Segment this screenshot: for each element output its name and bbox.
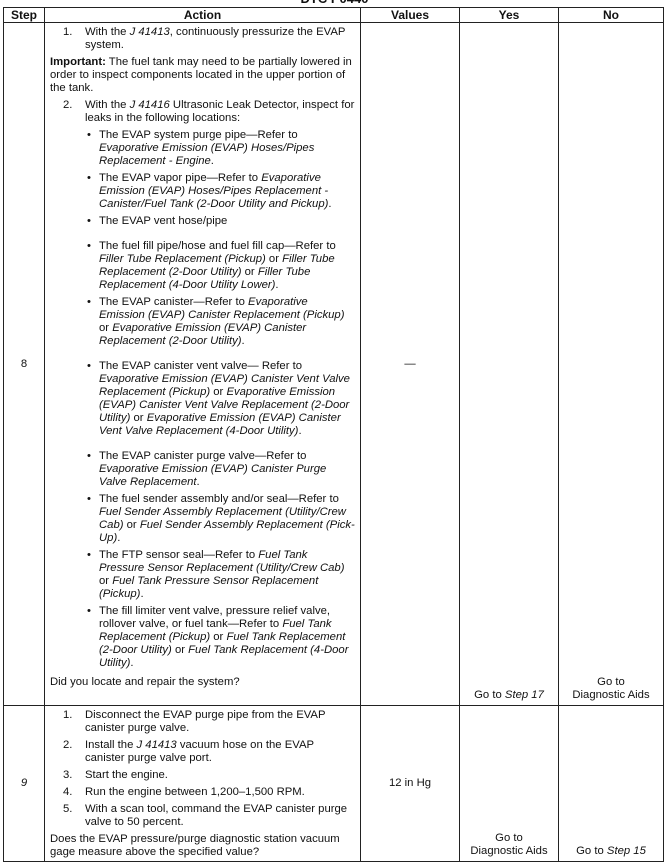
header-no: No bbox=[559, 8, 664, 23]
action-cell: 1.With the J 41413, continuously pressur… bbox=[45, 23, 361, 706]
diagnostic-aids-link[interactable]: Diagnostic Aids bbox=[559, 689, 663, 702]
inspection-location: •The EVAP vent hose/pipe bbox=[50, 215, 355, 228]
bullet-icon: • bbox=[87, 215, 91, 228]
bullet-icon: • bbox=[87, 360, 91, 373]
action-cell: 1.Disconnect the EVAP purge pipe from th… bbox=[45, 706, 361, 849]
table-row-step-8: 8 1.With the J 41413, continuously press… bbox=[4, 23, 664, 706]
table-header-row: Step Action Values Yes No bbox=[4, 8, 664, 23]
bullet-icon: • bbox=[87, 493, 91, 506]
inspection-location: •The fill limiter vent valve, pressure r… bbox=[50, 605, 355, 670]
no-cell[interactable]: Go to Step 15 bbox=[559, 706, 664, 849]
important-note: Important: The fuel tank may need to be … bbox=[50, 56, 355, 95]
bullet-icon: • bbox=[87, 129, 91, 142]
tool-reference: J 41413 bbox=[137, 739, 177, 751]
bullet-icon: • bbox=[87, 296, 91, 309]
action-step: 2.Install the J 41413 vacuum hose on the… bbox=[50, 739, 355, 765]
bullet-icon: • bbox=[87, 549, 91, 562]
yes-cell[interactable]: Go toDiagnostic Aids bbox=[460, 706, 559, 849]
action-step: 2.With the J 41416 Ultrasonic Leak Detec… bbox=[50, 99, 355, 125]
tool-reference: J 41413 bbox=[130, 26, 170, 38]
table-row-step-9: 9 1.Disconnect the EVAP purge pipe from … bbox=[4, 706, 664, 849]
no-cell[interactable]: Go toDiagnostic Aids bbox=[559, 23, 664, 706]
question: Does the EVAP pressure/purge diagnostic … bbox=[50, 833, 355, 848]
yes-cell[interactable]: Go to Step 17 bbox=[460, 23, 559, 706]
inspection-location: •The EVAP canister purge valve—Refer to … bbox=[50, 450, 355, 489]
inspection-location: •The EVAP system purge pipe—Refer to Eva… bbox=[50, 129, 355, 168]
procedure-reference[interactable]: Evaporative Emission (EVAP) Canister Rep… bbox=[99, 322, 306, 347]
action-step: 1.With the J 41413, continuously pressur… bbox=[50, 26, 355, 52]
procedure-reference[interactable]: Evaporative Emission (EVAP) Canister Pur… bbox=[99, 463, 326, 488]
inspection-location: •The EVAP canister vent valve— Refer to … bbox=[50, 360, 355, 438]
header-step: Step bbox=[4, 8, 45, 23]
bullet-icon: • bbox=[87, 450, 91, 463]
procedure-reference[interactable]: Evaporative Emission (EVAP) Hoses/Pipes … bbox=[99, 142, 314, 167]
values-cell: — bbox=[361, 23, 460, 706]
values-cell: 12 in Hg bbox=[361, 706, 460, 849]
diagnostic-table: Step Action Values Yes No 8 1.With the J… bbox=[3, 7, 664, 848]
procedure-reference[interactable]: Fuel Tank Pressure Sensor Replacement (P… bbox=[99, 575, 318, 600]
step-number: 9 bbox=[4, 706, 45, 849]
step-link[interactable]: Step 17 bbox=[505, 689, 544, 701]
bullet-icon: • bbox=[87, 172, 91, 185]
page-title: DTC P0440 bbox=[0, 0, 669, 6]
inspection-location: •The EVAP canister—Refer to Evaporative … bbox=[50, 296, 355, 348]
action-step: 4.Run the engine between 1,200–1,500 RPM… bbox=[50, 786, 355, 799]
inspection-location: •The EVAP vapor pipe—Refer to Evaporativ… bbox=[50, 172, 355, 211]
header-action: Action bbox=[45, 8, 361, 23]
step-number: 8 bbox=[4, 23, 45, 706]
action-step: 1.Disconnect the EVAP purge pipe from th… bbox=[50, 709, 355, 735]
tool-reference: J 41416 bbox=[130, 99, 170, 111]
bullet-icon: • bbox=[87, 605, 91, 618]
question: Did you locate and repair the system? bbox=[50, 676, 355, 689]
bullet-icon: • bbox=[87, 240, 91, 253]
header-values: Values bbox=[361, 8, 460, 23]
inspection-location: •The FTP sensor seal—Refer to Fuel Tank … bbox=[50, 549, 355, 601]
procedure-reference[interactable]: Filler Tube Replacement (Pickup) bbox=[99, 253, 266, 265]
inspection-location: •The fuel fill pipe/hose and fuel fill c… bbox=[50, 240, 355, 292]
action-step: 5.With a scan tool, command the EVAP can… bbox=[50, 803, 355, 829]
action-step: 3.Start the engine. bbox=[50, 769, 355, 782]
inspection-location: •The fuel sender assembly and/or seal—Re… bbox=[50, 493, 355, 545]
header-yes: Yes bbox=[460, 8, 559, 23]
